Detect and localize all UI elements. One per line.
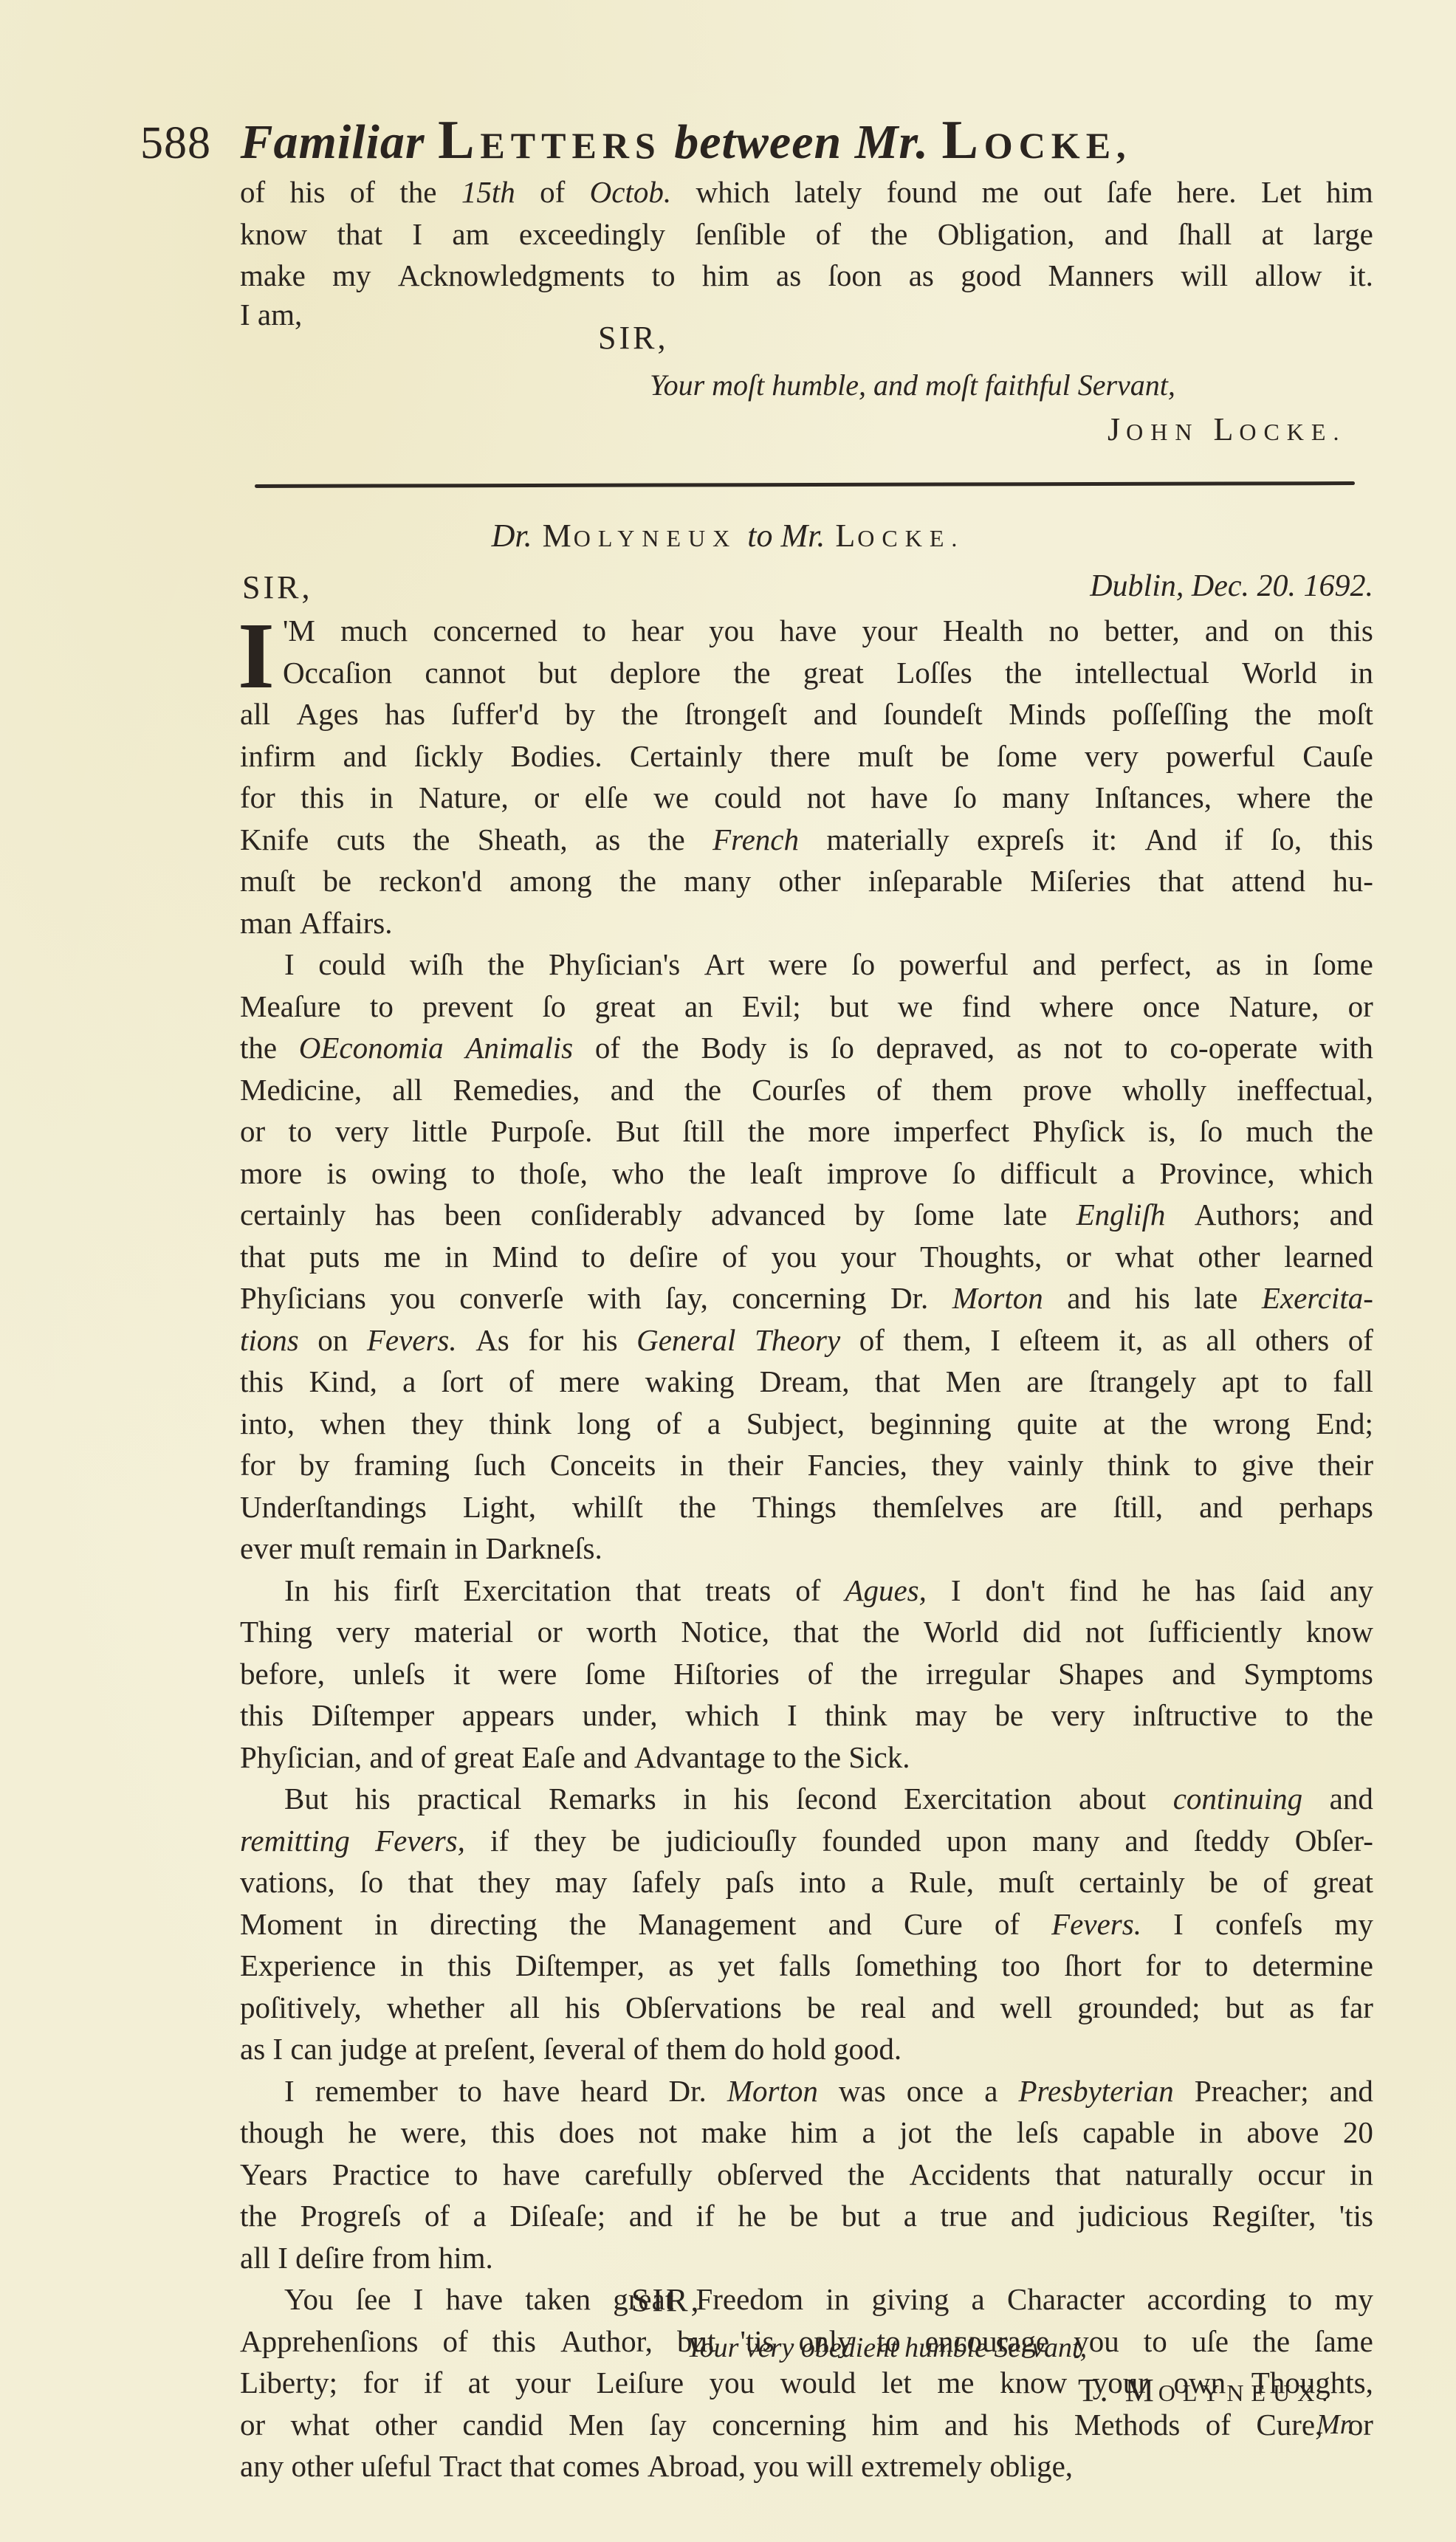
- letter-body: 'MmuchconcernedtohearyouhaveyourHealthno…: [240, 610, 1373, 2487]
- text-line: YearsPracticetohavecarefullyobſervedtheA…: [240, 2154, 1373, 2196]
- text-line: orwhatothercandidMenſayconcerninghimandh…: [240, 2404, 1373, 2446]
- text-line: KnifecutstheSheath,astheFrenchmaterially…: [240, 819, 1373, 861]
- text-line: theProgreſsofaDiſeaſe;andifhebebutatruea…: [240, 2195, 1373, 2237]
- previous-letter-salutation: SIR,: [598, 319, 668, 357]
- book-page: 588 Familiar LETTERS between Mr. LOCKE, …: [0, 0, 1456, 2542]
- text-line: InhisfirſtExercitationthattreatsofAgues,…: [240, 1570, 1373, 1612]
- text-line: man Affairs.: [240, 902, 1373, 944]
- running-head-locke: LOCKE,: [941, 115, 1131, 169]
- text-line: YouſeeIhavetakengreatFreedomingivingaCha…: [240, 2278, 1373, 2321]
- letter-date: Dec. 20. 1692.: [1192, 569, 1373, 603]
- text-line: remittingFevers,iftheybejudiciouſlyfound…: [240, 1820, 1373, 1862]
- page-number: 588: [140, 118, 211, 168]
- previous-letter-servant-line: Your moſt humble, and moſt faithful Serv…: [650, 368, 1175, 402]
- text-line: muſtbereckon'damongthemanyotherinſeparab…: [240, 860, 1373, 902]
- text-line: as I can judge at preſent, ſeveral of th…: [240, 2028, 1373, 2070]
- text-line: knowthatIamexceedinglyſenſibleoftheOblig…: [240, 213, 1373, 255]
- letter-servant-line: Your very obedient humble Servant,: [687, 2332, 1087, 2364]
- text-line: infirmandſicklyBodies.Certainlytheremuſt…: [240, 735, 1373, 777]
- text-line: thisKind,aſortofmerewakingDream,thatMena…: [240, 1361, 1373, 1403]
- text-line: tionsonFevers.AsforhisGeneralTheoryofthe…: [240, 1319, 1373, 1361]
- catchword: Mr.: [1316, 2408, 1355, 2441]
- text-line: thisDiſtemperappearsunder,whichIthinkmay…: [240, 1694, 1373, 1737]
- text-line: thoughhewere,thisdoesnotmakehimajotthele…: [240, 2112, 1373, 2154]
- text-line: IremembertohaveheardDr.MortonwasonceaPre…: [240, 2070, 1373, 2112]
- text-line: ExperienceinthisDiſtemper,asyetfallsſome…: [240, 1945, 1373, 1987]
- text-line: thatputsmeinMindtodeſireofyouyourThought…: [240, 1236, 1373, 1278]
- text-line: 'MmuchconcernedtohearyouhaveyourHealthno…: [240, 610, 1373, 652]
- text-line: ofhisofthe15thofOctob.whichlatelyfoundme…: [240, 171, 1373, 213]
- text-line: OccaſioncannotbutdeplorethegreatLoſſesth…: [240, 652, 1373, 694]
- previous-letter-body: ofhisofthe15thofOctob.whichlatelyfoundme…: [240, 171, 1373, 297]
- text-line: MomentindirectingtheManagementandCureofF…: [240, 1903, 1373, 1945]
- letter-title-locke: LOCKE.: [835, 518, 964, 554]
- previous-letter-closing: I am,: [240, 297, 302, 332]
- running-head-familiar: Familiar: [241, 115, 425, 169]
- letter-place: Dublin,: [1090, 569, 1184, 603]
- text-line: Phyſiciansyouconverſewithſay,concerningD…: [240, 1277, 1373, 1319]
- text-line: ortoverylittlePurpoſe.Butſtillthemoreimp…: [240, 1110, 1373, 1153]
- letter-closing-salutation: SIR,: [631, 2281, 701, 2319]
- text-line: ThingverymaterialorworthNotice,thattheWo…: [240, 1611, 1373, 1653]
- text-line: ever muſt remain in Darkneſs.: [240, 1528, 1373, 1570]
- text-line: Medicine,allRemedies,andtheCourſesofthem…: [240, 1069, 1373, 1111]
- letter-salutation: SIR,: [242, 568, 312, 606]
- text-line: forbyframingſuchConceitsintheirFancies,t…: [240, 1444, 1373, 1486]
- letter-title-molyneux: MOLYNEUX: [543, 518, 738, 554]
- text-line: forthisinNature,orelſewecouldnothaveſoma…: [240, 777, 1373, 819]
- text-line: makemyAcknowledgmentstohimasſoonasgoodMa…: [240, 255, 1373, 297]
- text-line: vations,ſothattheymayſafelypaſsintoaRule…: [240, 1861, 1373, 1903]
- text-line: allAgeshasſuffer'dbytheſtrongeſtandſound…: [240, 693, 1373, 735]
- text-line: moreisowingtothoſe,whotheleaſtimproveſod…: [240, 1153, 1373, 1195]
- running-head: 588 Familiar LETTERS between Mr. LOCKE,: [140, 111, 1381, 175]
- text-line: any other uſeful Tract that comes Abroad…: [240, 2445, 1373, 2487]
- letter-signature: T. MOLYNEUX.: [1078, 2371, 1335, 2409]
- letter-dateline: Dublin, Dec. 20. 1692.: [1090, 568, 1373, 604]
- text-line: poſitively,whetherallhisObſervationsbere…: [240, 1987, 1373, 2029]
- text-line: certainlyhasbeenconſiderablyadvancedbyſo…: [240, 1194, 1373, 1236]
- text-line: all I deſire from him.: [240, 2237, 1373, 2279]
- section-divider-rule: [255, 481, 1355, 488]
- text-line: into,whentheythinklongofaSubject,beginni…: [240, 1403, 1373, 1445]
- text-line: before,unleſsitwereſomeHiſtoriesoftheirr…: [240, 1653, 1373, 1695]
- text-line: theOEconomiaAnimalisoftheBodyisſodeprave…: [240, 1027, 1373, 1069]
- text-line: Phyſician, and of great Eaſe and Advanta…: [240, 1737, 1373, 1779]
- text-line: MeaſuretopreventſogreatanEvil;butwefindw…: [240, 986, 1373, 1028]
- letter-title: Dr. MOLYNEUX to Mr. LOCKE.: [0, 517, 1456, 554]
- previous-letter-signature: JOHN LOCKE.: [1108, 411, 1346, 448]
- text-line: IcouldwiſhthePhyſician'sArtwereſopowerfu…: [240, 944, 1373, 986]
- running-head-letters: LETTERS: [438, 115, 662, 169]
- running-head-between: between Mr.: [674, 115, 929, 169]
- text-line: UnderſtandingsLight,whilſttheThingsthemſ…: [240, 1486, 1373, 1528]
- text-line: ButhispracticalRemarksinhisſecondExercit…: [240, 1778, 1373, 1820]
